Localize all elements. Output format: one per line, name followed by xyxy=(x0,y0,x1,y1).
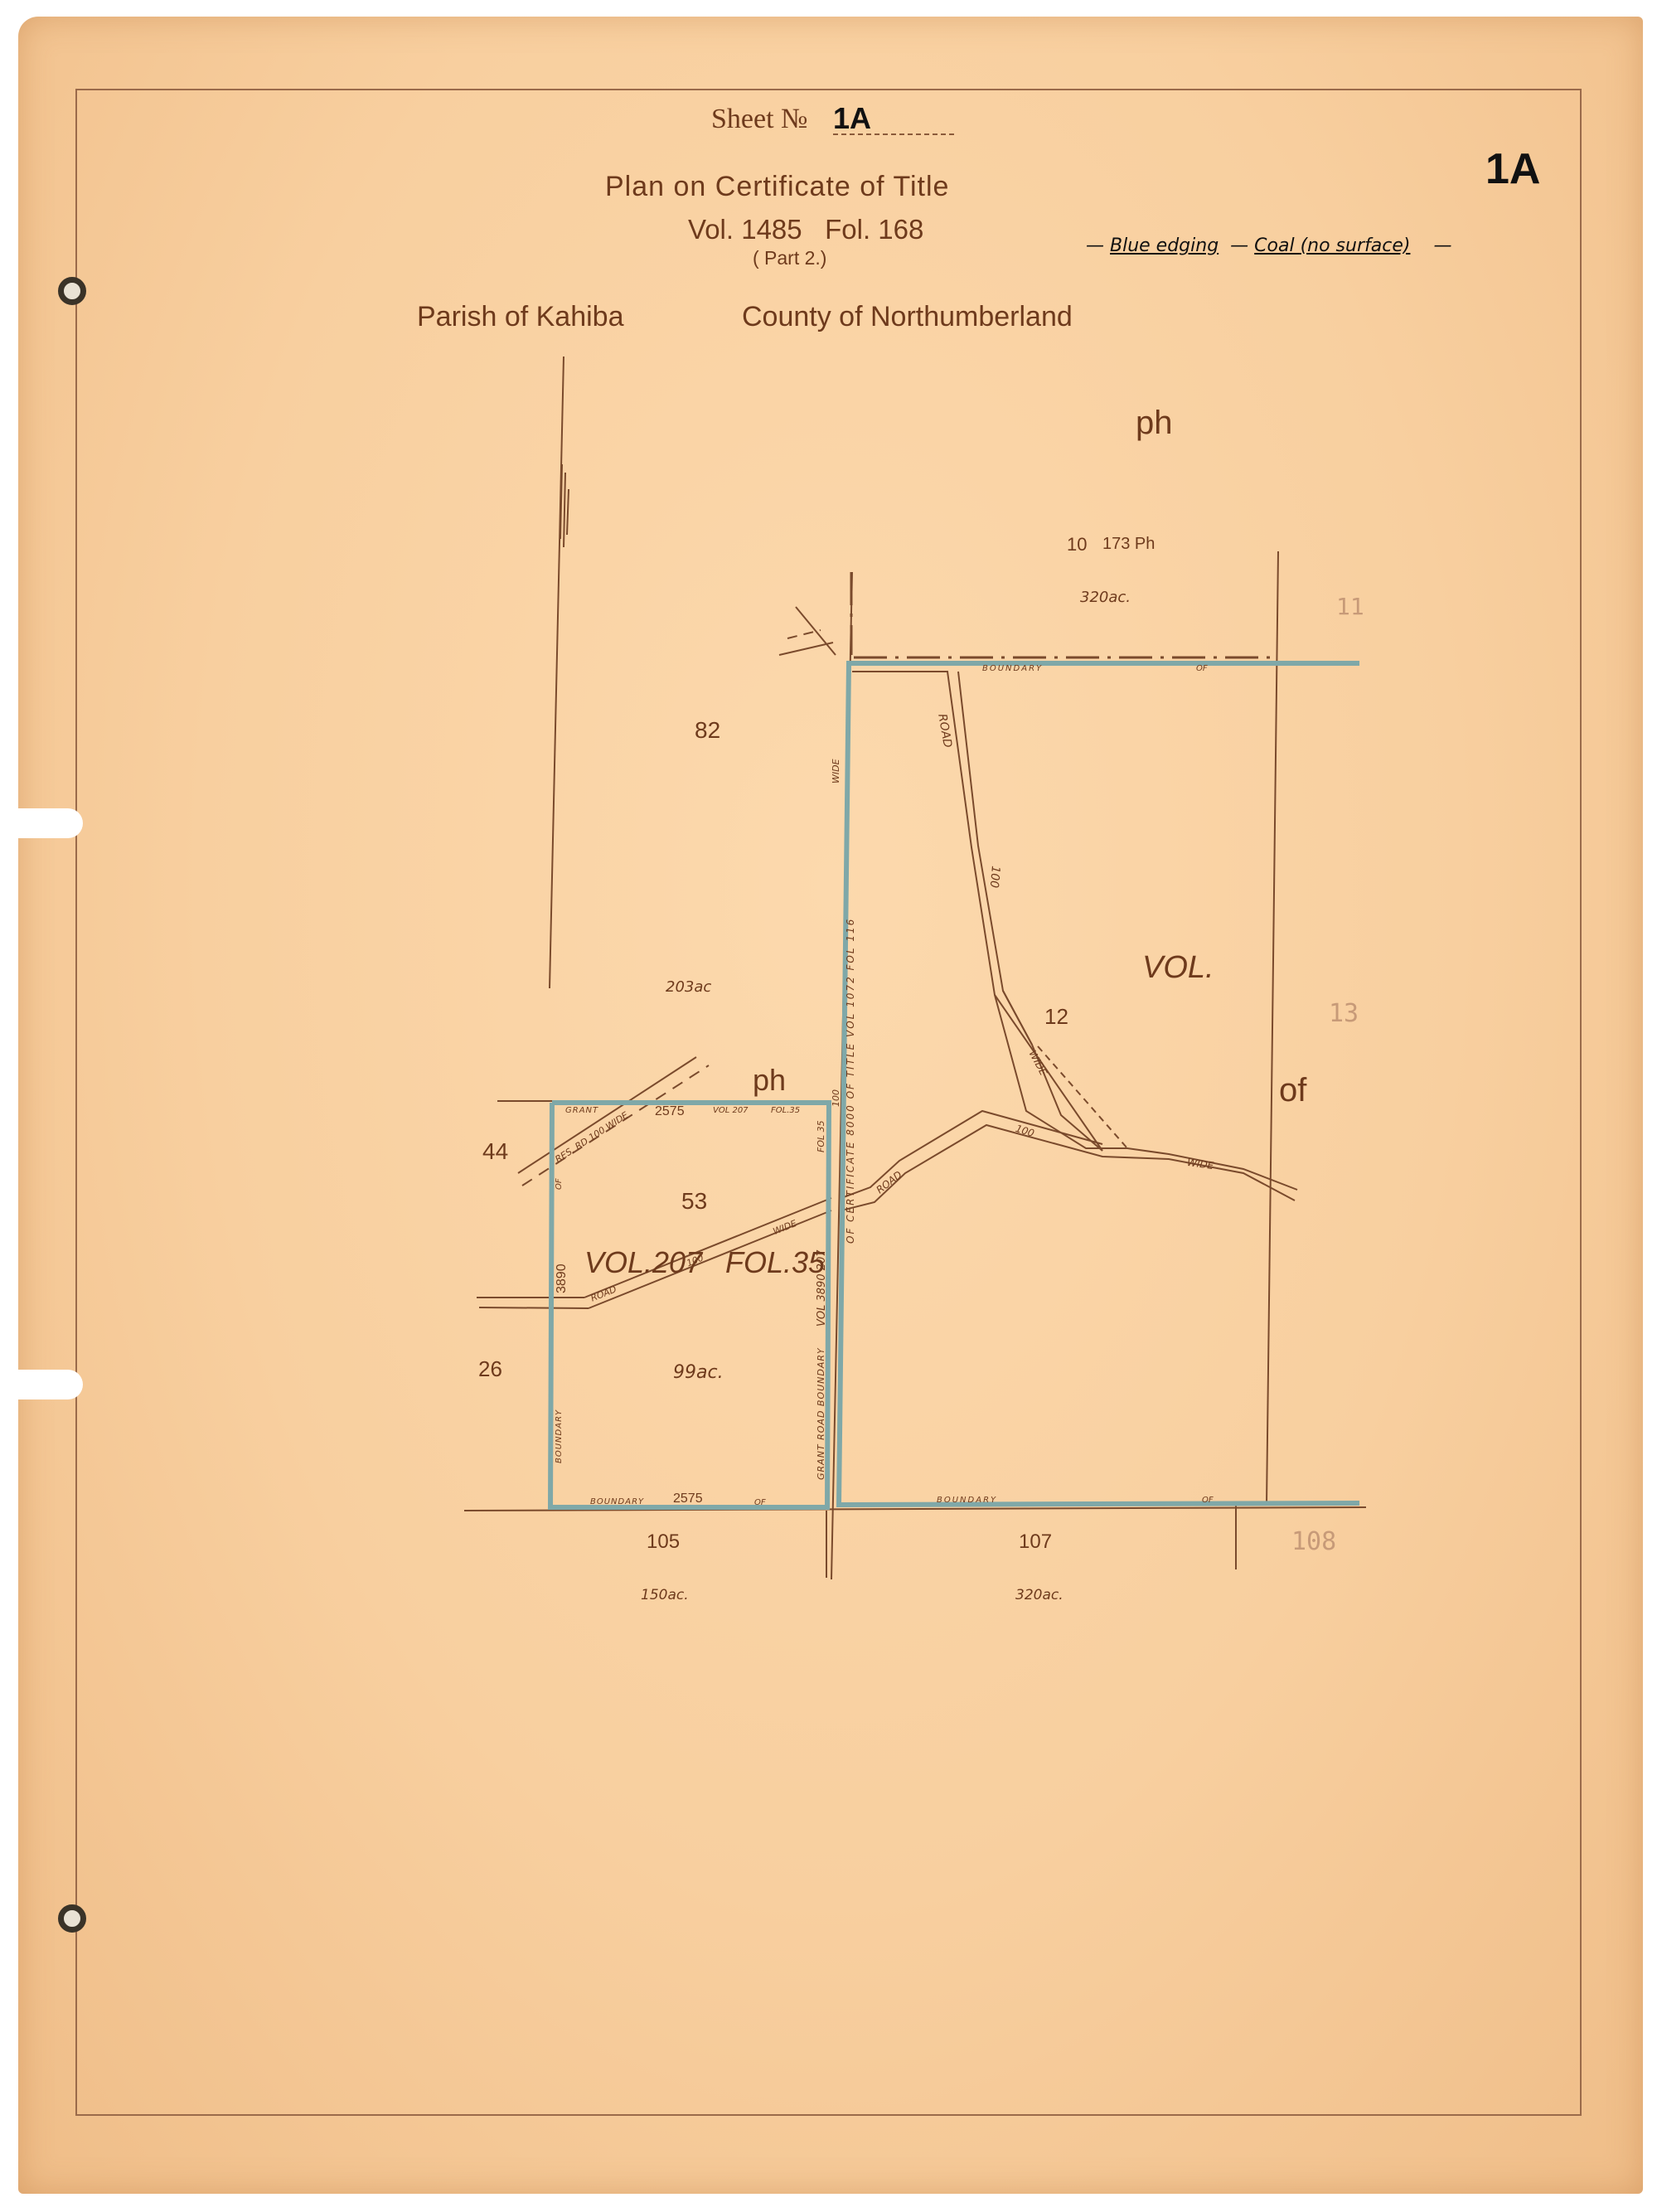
portion-82-area: 203ac xyxy=(666,980,711,995)
label-3890-left: 3890 xyxy=(555,1264,569,1293)
large-label-fol35: FOL.35 xyxy=(725,1248,825,1278)
portion-53-area: 99ac. xyxy=(673,1364,724,1382)
label-of-bottom-right: OF xyxy=(1202,1496,1214,1505)
parish-mark-middle: ph xyxy=(753,1065,786,1095)
portion-107-number: 107 xyxy=(1019,1532,1052,1552)
label-of-bottom-left: OF xyxy=(754,1499,766,1507)
large-label-vol207: VOL.207 xyxy=(584,1248,702,1278)
portion-44-number: 44 xyxy=(482,1140,508,1163)
label-grant-top: GRANT xyxy=(565,1107,598,1115)
label-grant-road-boundary: GRANT ROAD BOUNDARY xyxy=(816,1347,826,1480)
parish-mark-top: ph xyxy=(1136,406,1173,439)
label-2575-bottom: 2575 xyxy=(673,1492,703,1506)
portion-12-number: 12 xyxy=(1044,1006,1068,1027)
large-label-of: of xyxy=(1279,1074,1306,1107)
label-of-top: OF xyxy=(1196,665,1208,673)
portion-10-area: 320ac. xyxy=(1080,590,1131,605)
label-vol207-top: VOL 207 xyxy=(713,1107,749,1115)
portion-105-number: 105 xyxy=(647,1532,680,1552)
label-100-vertical: 100 xyxy=(831,1089,841,1107)
survey-plan-linework xyxy=(0,0,1657,2212)
label-of-left: OF xyxy=(555,1178,564,1190)
label-wide-vertical: WIDE xyxy=(831,759,841,783)
label-100-north: 100 xyxy=(988,866,1001,889)
label-fol35-vertical: FOL 35 xyxy=(816,1120,826,1152)
portion-10-number: 10 xyxy=(1067,536,1087,554)
portion-10-extra: 173 Ph xyxy=(1102,536,1155,552)
portion-13-number: 13 xyxy=(1329,1002,1359,1026)
portion-53-number: 53 xyxy=(681,1190,707,1213)
portion-11-number: 11 xyxy=(1336,595,1364,618)
label-vol3890-207-vertical: VOL 3890 207 xyxy=(816,1249,827,1327)
label-boundary-left: BOUNDARY xyxy=(555,1409,564,1463)
label-boundary-bottom-right: BOUNDARY xyxy=(937,1496,997,1505)
portion-26-number: 26 xyxy=(478,1358,502,1380)
portion-105-area: 150ac. xyxy=(641,1589,689,1603)
portion-107-area: 320ac. xyxy=(1015,1589,1063,1603)
portion-108-number: 108 xyxy=(1291,1530,1336,1555)
label-fol35-top: FOL.35 xyxy=(771,1107,800,1115)
label-boundary-top: BOUNDARY xyxy=(982,665,1043,673)
label-boundary-bottom-left: BOUNDARY xyxy=(590,1498,644,1506)
portion-82-number: 82 xyxy=(695,719,720,742)
large-label-vol: VOL. xyxy=(1142,952,1214,983)
label-certificate-vertical: OF CERTIFICATE 8000 OF TITLE VOL 1072 FO… xyxy=(845,918,855,1244)
label-2575-top: 2575 xyxy=(655,1105,685,1118)
